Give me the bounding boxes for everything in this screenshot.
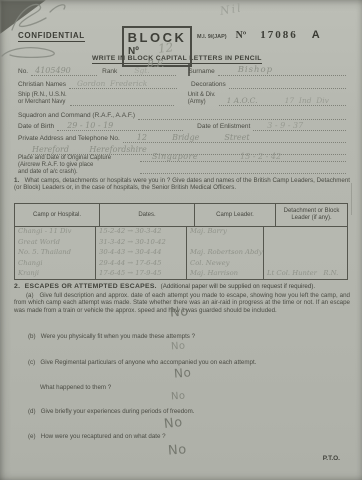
enlistment-field: 3 - 9 - 37	[253, 121, 346, 131]
question-1-number: 1.	[14, 177, 19, 184]
decorations-field	[229, 79, 346, 89]
address-label: Private Address and Telephone No.	[18, 136, 123, 143]
question-2a-prefix: (a)	[26, 292, 34, 299]
unit-div-field: 1 A.O.C. 17 Ind Div	[219, 96, 346, 106]
capture-place-value: Singapore	[152, 152, 198, 161]
ship-field	[70, 96, 174, 106]
answer-what-happened: No	[171, 391, 186, 403]
table-cell	[264, 248, 347, 258]
dob-field: 29 - 10 - 19	[57, 121, 183, 131]
column-camp-leader: Maj. Barry Maj. Robertson Abdy Col. Newe…	[186, 227, 263, 279]
question-2-heading: 2. ESCAPES OR ATTEMPTED ESCAPES. (Additi…	[14, 283, 315, 290]
question-2b-prefix: (b)	[28, 333, 36, 340]
column-dates: 15-2-42 → 30-3-42 31-3-42 → 30-10-42 30-…	[95, 227, 186, 279]
capture-date-value: 15 - 2 - 42	[240, 152, 281, 161]
table-cell: No. 5. Thailand	[15, 248, 95, 258]
header-camp-leader: Camp Leader.	[194, 204, 275, 226]
table-cell: Great World	[15, 238, 95, 248]
confidential-label: CONFIDENTIAL	[18, 31, 85, 42]
table-cell	[264, 227, 347, 237]
table-cell: Changi	[15, 259, 95, 269]
pow-record-form: Nil CONFIDENTIAL BLOCK Nº 12 M.I. 9/(JAP…	[0, 0, 362, 480]
reference-number-row: M.I. 9/(JAP) Nº 17086 A	[197, 29, 320, 41]
table-cell: Kranji	[15, 269, 95, 279]
table-cell: Col. Newey	[187, 259, 263, 269]
squadron-field	[138, 110, 346, 120]
address-field: 12 Bridge Street	[123, 133, 346, 143]
christian-names-label: Christian Names	[18, 82, 69, 89]
answer-2d: No	[163, 415, 183, 432]
escapes-heading-note: (Additional paper will be supplied on re…	[161, 283, 315, 290]
decorations-label: Decorations	[177, 82, 229, 89]
capture-line-1: Singapore 15 - 2 - 42	[140, 152, 346, 162]
scan-crease	[351, 183, 352, 215]
capture-line-2	[140, 164, 346, 174]
form-row-address: Private Address and Telephone No. 12 Bri…	[18, 133, 346, 143]
table-cell: 29-4-44 → 17-6-45	[96, 259, 186, 269]
squadron-label: Squadron and Command (R.A.F., A.A.F.)	[18, 113, 138, 120]
capture-label: Place and Date of Original Capture (Airc…	[18, 155, 111, 176]
christian-names-field: Gordon Frederick	[69, 79, 177, 89]
surname-label: Surname	[176, 69, 217, 76]
pto-label: P.T.O.	[323, 455, 340, 462]
table-cell: 15-2-42 → 30-3-42	[96, 227, 186, 237]
form-row-names-decorations: Christian Names Gordon Frederick Decorat…	[18, 79, 346, 89]
address-value-line1: 12 Bridge Street	[137, 133, 250, 142]
question-what-happened-text: What happened to them ?	[40, 384, 111, 391]
table-cell: Maj. Robertson Abdy	[187, 248, 263, 258]
block-number-handwritten: 12	[157, 40, 174, 56]
capture-field-2	[140, 164, 346, 174]
question-2c-text: Give Regimental particulars of anyone wh…	[40, 359, 256, 366]
table-cell: 30-4-43 → 30-4-44	[96, 248, 186, 258]
table-cell: Maj. Barry	[187, 227, 263, 237]
answer-2a: No	[169, 304, 189, 320]
question-1: 1. What camps, detachments or hospitals …	[14, 177, 350, 192]
christian-names-value: Gordon Frederick	[77, 79, 147, 88]
answer-2b: No	[171, 341, 186, 353]
question-2e-text: How were you recaptured and on what date…	[41, 433, 166, 440]
table-cell	[264, 238, 347, 248]
capture-field-1: Singapore 15 - 2 - 42	[140, 152, 346, 162]
unit-value: 1 A.O.C.	[227, 96, 258, 105]
table-cell	[264, 259, 347, 269]
service-no-field: 4105490	[31, 66, 97, 76]
unit-div-label: Unit & Div.(Army)	[174, 92, 219, 106]
surname-field: Bishop	[218, 66, 346, 76]
question-2d: (d) Give briefly your experiences during…	[28, 408, 338, 415]
question-2e-prefix: (e)	[28, 433, 36, 440]
answer-2e: No	[167, 442, 187, 458]
question-2b-text: Were you physically fit when you made th…	[41, 333, 195, 340]
dob-value: 29 - 10 - 19	[67, 121, 113, 130]
escapes-heading-text: ESCAPES OR ATTEMPTED ESCAPES.	[25, 283, 157, 290]
table-cell: Maj. Harrison	[187, 269, 263, 279]
service-no-value: 4105490	[35, 66, 71, 75]
address-value-line2: Hereford Herefordshire	[32, 145, 147, 154]
header-camp: Camp or Hospital.	[15, 204, 99, 226]
enlistment-value: 3 - 9 - 37	[267, 121, 303, 130]
question-2c-prefix: (c)	[28, 359, 35, 366]
bf-annotation: B.F.	[147, 60, 164, 70]
column-detachment: Lt Col. Hunter R.N.	[263, 227, 347, 279]
form-row-ship-unit: Ship (R.N., U.S.N.or Merchant Navy Unit …	[18, 92, 346, 106]
div-value: 17 Ind Div	[285, 96, 329, 105]
ref-prefix: M.I. 9/(JAP)	[197, 34, 227, 40]
form-row-number-rank-surname: No. 4105490 Rank Sgt. Surname Bishop	[18, 66, 346, 76]
ref-suffix: A	[312, 29, 320, 41]
dob-label: Date of Birth	[18, 124, 57, 131]
form-row-squadron: Squadron and Command (R.A.F., A.A.F.)	[18, 110, 346, 120]
question-2b: (b) Were you physically fit when you mad…	[28, 333, 328, 340]
header-detachment: Detachment or Block Leader (if any).	[275, 204, 347, 226]
question-2e: (e) How were you recaptured and on what …	[28, 433, 338, 440]
ref-no-label: Nº	[236, 30, 247, 41]
question-1-text: What camps, detachments or hospitals wer…	[14, 177, 350, 191]
table-cell: Changi - 11 Div	[15, 227, 95, 237]
nil-annotation: Nil	[219, 1, 243, 17]
camps-table: Camp or Hospital. Dates. Camp Leader. De…	[14, 203, 348, 280]
question-2d-prefix: (d)	[28, 408, 36, 415]
surname-value: Bishop	[238, 65, 273, 75]
form-row-dates: Date of Birth 29 - 10 - 19 Date of Enlis…	[18, 121, 346, 131]
scan-corner-artifact	[0, 0, 46, 34]
header-dates: Dates.	[99, 204, 194, 226]
ship-label: Ship (R.N., U.S.N.or Merchant Navy	[18, 92, 70, 106]
service-no-label: No.	[18, 69, 31, 76]
pencil-scribble-left-margin	[0, 44, 64, 62]
ref-number: 17086	[260, 29, 298, 41]
table-cell	[187, 238, 263, 248]
question-2d-text: Give briefly your experiences during per…	[41, 408, 195, 415]
rank-label: Rank	[97, 69, 120, 76]
answer-2c: No	[174, 365, 192, 380]
table-cell: Lt Col. Hunter R.N.	[264, 269, 347, 279]
table-cell: 17-6-45 → 17-9-45	[96, 269, 186, 279]
column-camp: Changi - 11 Div Great World No. 5. Thail…	[15, 227, 95, 279]
camps-table-header: Camp or Hospital. Dates. Camp Leader. De…	[15, 204, 347, 227]
enlistment-label: Date of Enlistment	[183, 124, 253, 131]
question-what-happened: What happened to them ?	[40, 384, 300, 391]
camps-table-body: Changi - 11 Div Great World No. 5. Thail…	[15, 227, 347, 279]
table-cell: 31-3-42 → 30-10-42	[96, 238, 186, 248]
